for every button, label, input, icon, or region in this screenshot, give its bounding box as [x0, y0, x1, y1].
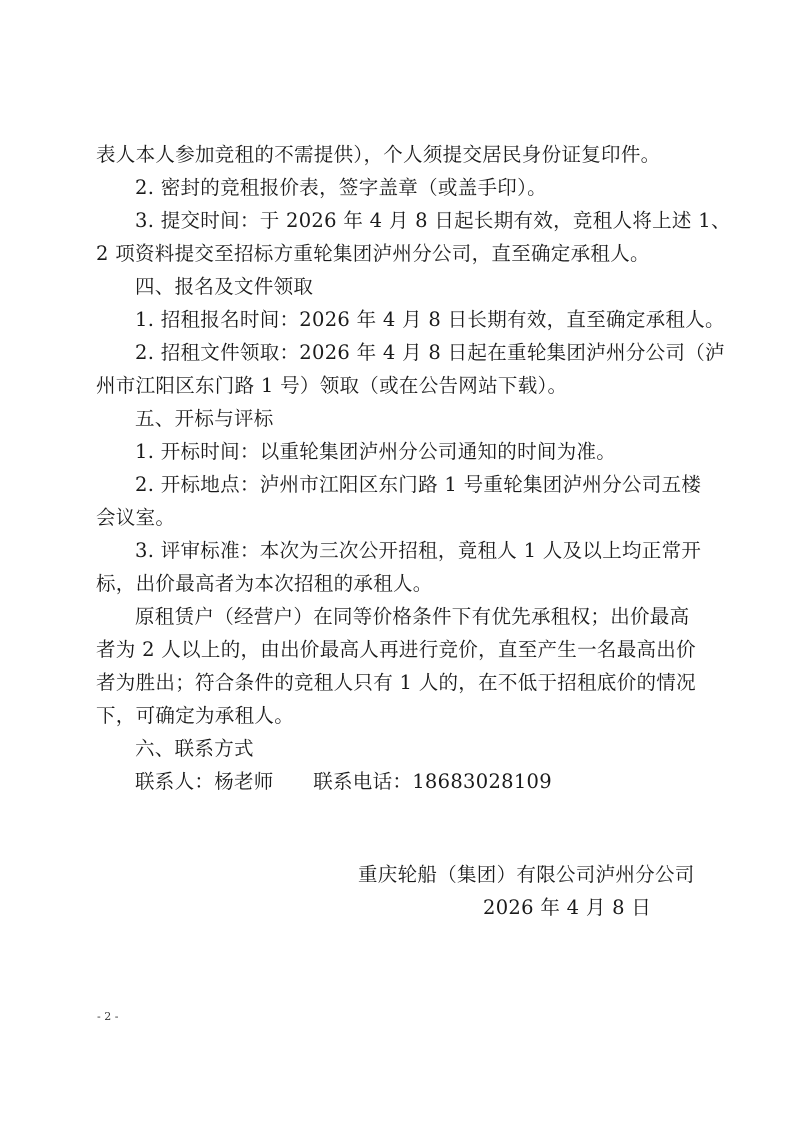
body-line: 会议室。 — [96, 506, 175, 530]
body-line: 3. 评审标准：本次为三次公开招租，竟租人 1 人及以上均正常开 — [135, 539, 701, 563]
body-line: 者为 2 人以上的，由出价最高人再进行竞价，直至产生一名最高出价 — [96, 638, 696, 662]
body-line: 1. 开标时间：以重轮集团泸州分公司通知的时间为准。 — [135, 440, 616, 464]
body-line: 原租赁户（经营户）在同等价格条件下有优先承租权；出价最高 — [135, 605, 689, 629]
body-line: 标，出价最高者为本次招租的承租人。 — [96, 572, 433, 596]
body-line: 3. 提交时间：于 2026 年 4 月 8 日起长期有效，竞租人将上述 1、 — [135, 209, 731, 233]
section-heading: 四、报名及文件领取 — [135, 275, 313, 299]
body-line: 2. 招租文件领取：2026 年 4 月 8 日起在重轮集团泸州分公司（泸 — [135, 341, 725, 365]
body-line: 者为胜出；符合条件的竞租人只有 1 人的，在不低于招租底价的情况 — [96, 671, 696, 695]
body-line: 2. 密封的竞租报价表，签字盖章（或盖手印）。 — [135, 176, 547, 200]
body-line: 表人本人参加竞租的不需提供），个人须提交居民身份证复印件。 — [96, 143, 660, 167]
signature-company: 重庆轮船（集团）有限公司泸州分公司 — [358, 863, 695, 887]
contact-line: 联系人：杨老师 联系电话：18683028109 — [135, 770, 552, 794]
section-heading: 六、联系方式 — [135, 737, 254, 761]
section-heading: 五、开标与评标 — [135, 407, 274, 431]
signature-date: 2026 年 4 月 8 日 — [483, 896, 651, 920]
body-line: 州市江阳区东门路 1 号）领取（或在公告网站下载）。 — [96, 374, 567, 398]
page-number: - 2 - — [97, 1010, 118, 1023]
body-line: 下，可确定为承租人。 — [96, 704, 294, 728]
body-line: 2. 开标地点：泸州市江阳区东门路 1 号重轮集团泸州分公司五楼 — [135, 473, 701, 497]
body-line: 1. 招租报名时间：2026 年 4 月 8 日长期有效，直至确定承租人。 — [135, 308, 725, 332]
body-line: 2 项资料提交至招标方重轮集团泸州分公司，直至确定承租人。 — [96, 242, 650, 266]
